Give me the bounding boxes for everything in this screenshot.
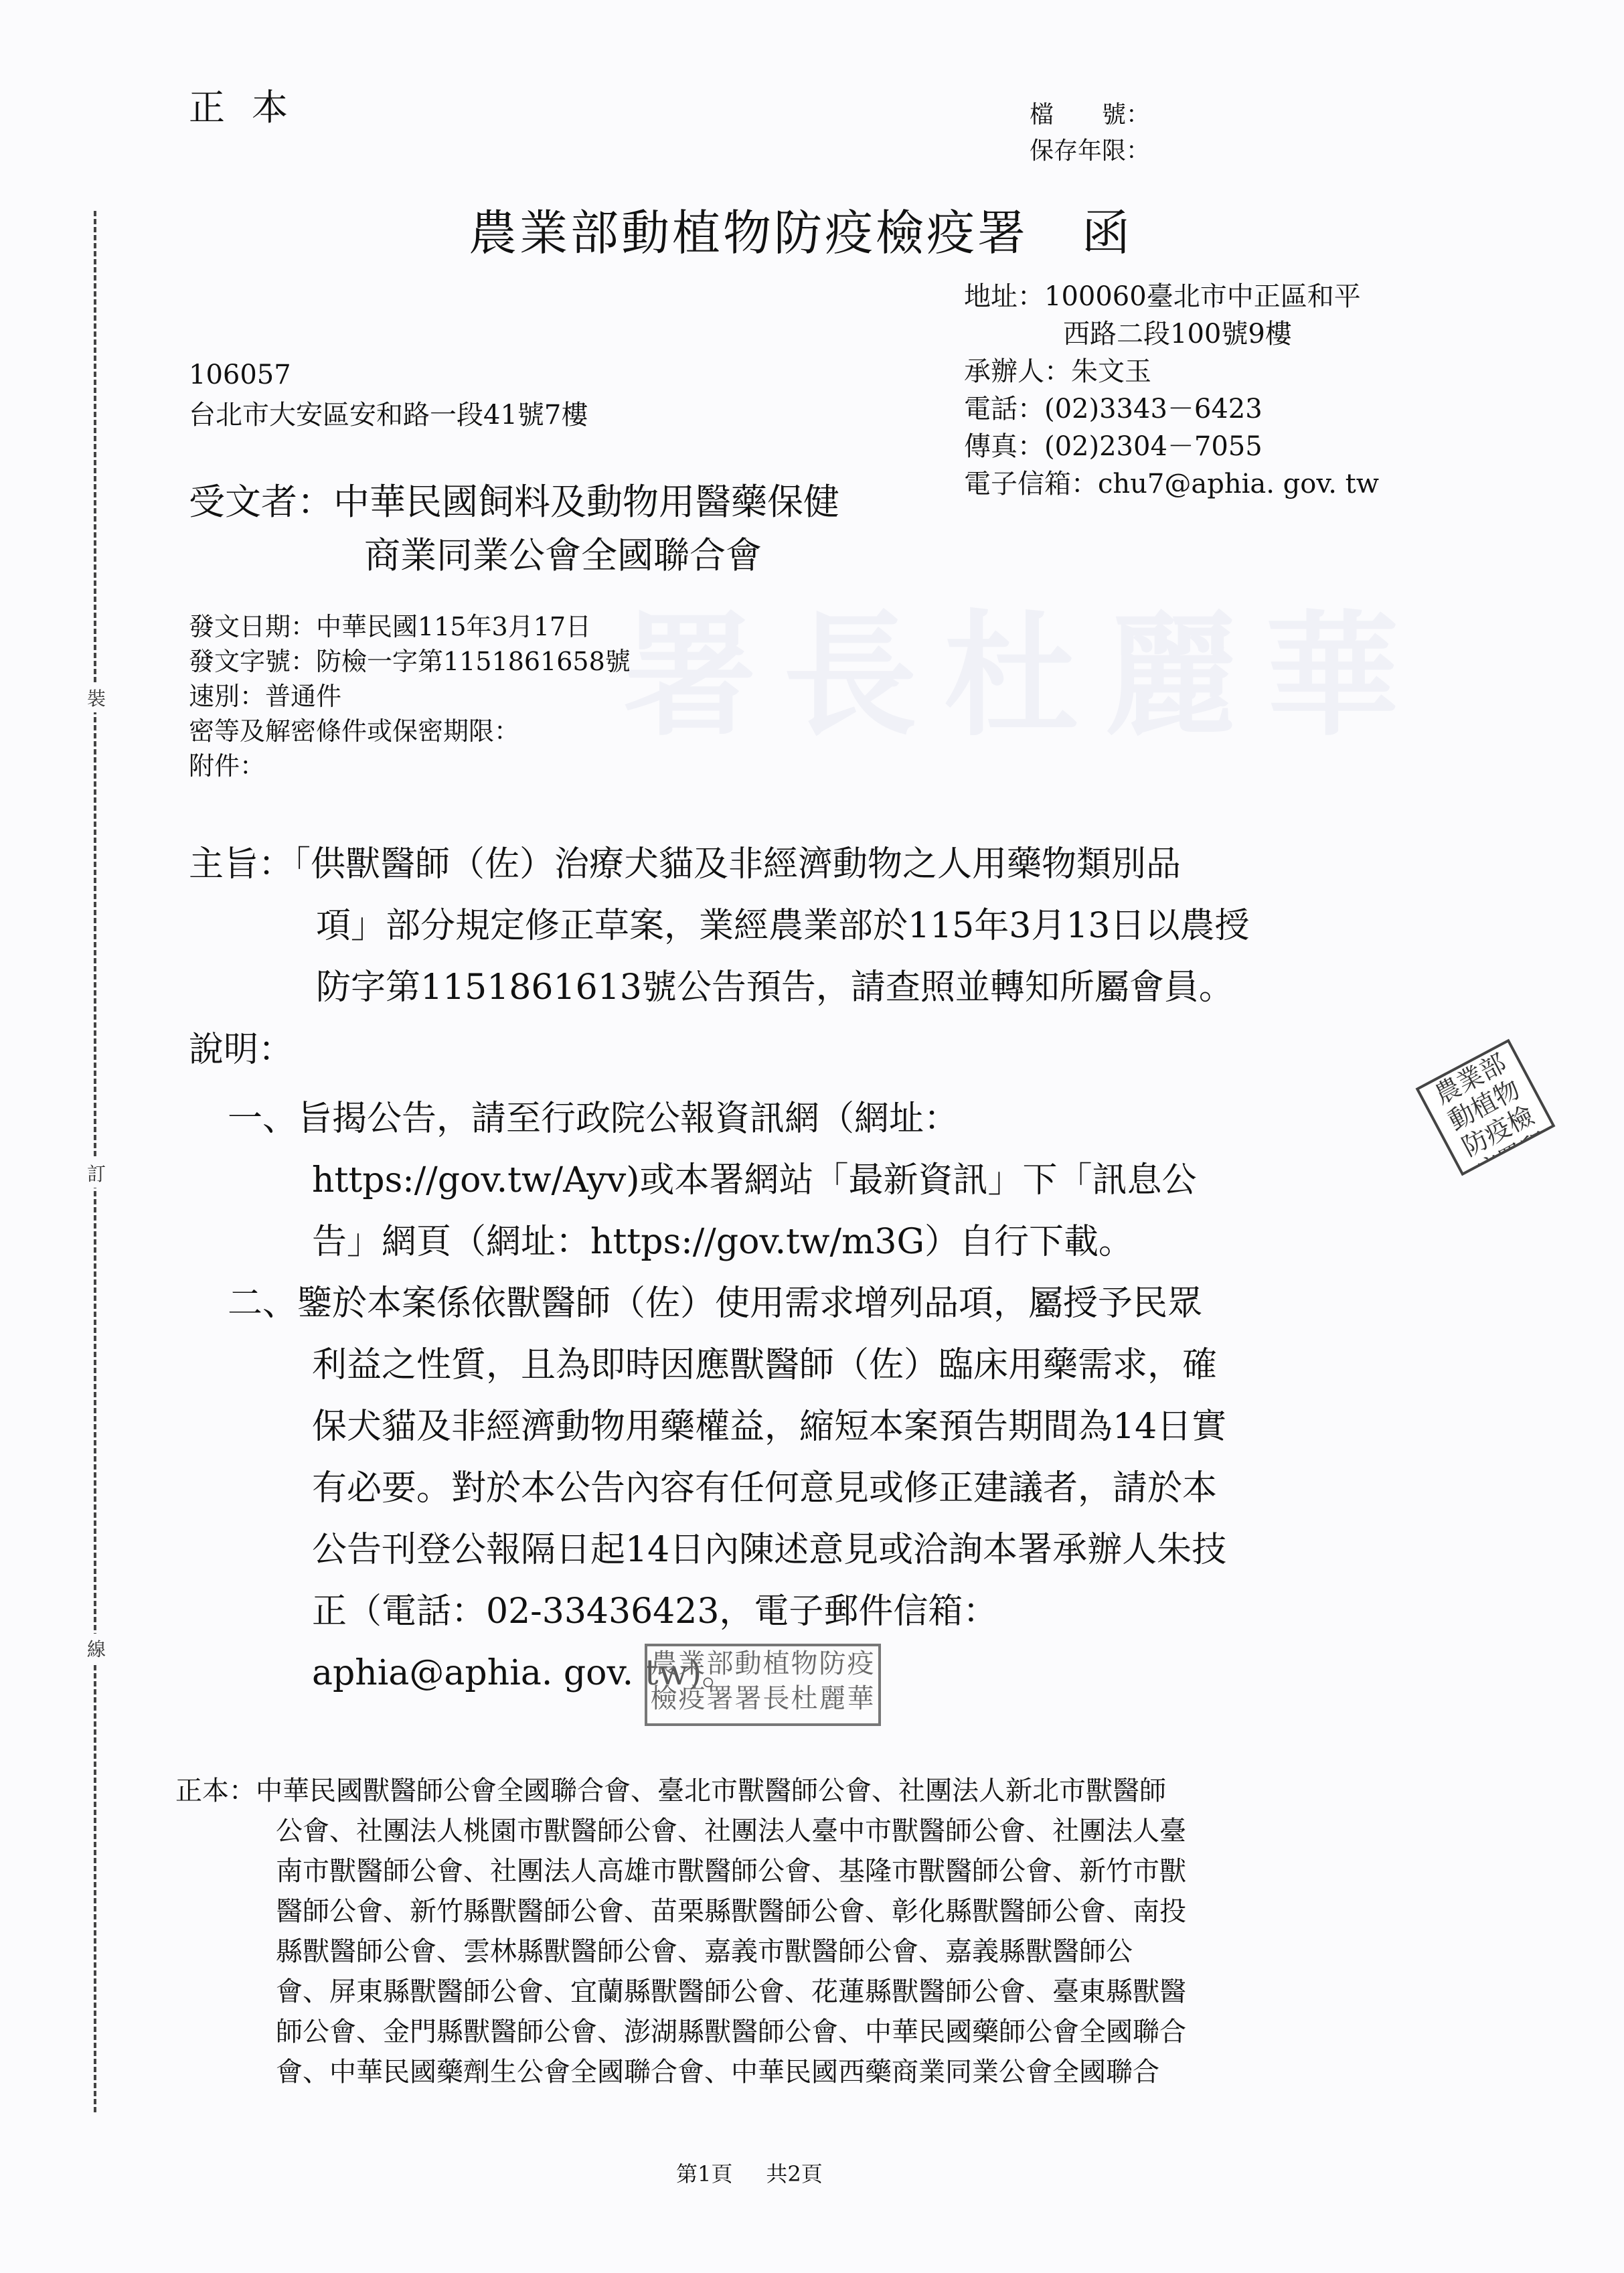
recipient-line2: 商業同業公會全國聯合會 [189,529,839,582]
agency-seal: 農業部動植物防疫檢疫署印 [1416,1039,1556,1176]
subject-line2: 項」部分規定修正草案，業經農業部於115年3月13日以農授 [189,895,1250,957]
subject-line3: 防字第1151861613號公告預告，請查照並轉知所屬會員。 [189,957,1250,1018]
phone: 電話：(02)3343－6423 [964,390,1379,428]
handler: 承辦人：朱文玉 [964,353,1379,390]
binding-mark-ding: 訂 [87,1158,106,1188]
binding-mark-xian: 線 [87,1634,106,1663]
copy-mark: 正本 [189,79,315,131]
recipient-line1: 中華民國飼料及動物用醫藥保健 [333,481,839,523]
explanation-line: 有必要。對於本公告內容有任何意見或修正建議者，請於本 [228,1458,1226,1519]
explanation-line: https://gov.tw/Ayv)或本署網站「最新資訊」下「訊息公 [228,1150,1226,1211]
background-watermark: 署長杜麗華 [623,569,1426,761]
attachments: 附件： [189,749,631,783]
explanation-line: 利益之性質，且為即時因應獸醫師（佐）臨床用藥需求，確 [228,1334,1226,1396]
street-address: 台北市大安區安和路一段41號7樓 [189,395,588,435]
address-label: 地址： [964,281,1044,312]
recipient-address: 106057 台北市大安區安和路一段41號7樓 [189,355,588,435]
retention-period: 保存年限： [1030,133,1150,169]
email: 電子信箱：chu7@aphia. gov. tw [964,465,1379,503]
subject-section: 主旨：「供獸醫師（佐）治療犬貓及非經濟動物之人用藥物類別品 項」部分規定修正草案… [189,834,1250,1018]
page-number: 第1頁 [676,2161,732,2187]
explanation-line: 一、旨揭公告，請至行政院公報資訊網（網址： [228,1088,1226,1150]
cc-line: 南市獸醫師公會、社團法人高雄市獸醫師公會、基隆市獸醫師公會、新竹市獸 [175,1851,1186,1891]
file-number: 檔 號： [1030,97,1150,133]
recipient: 受文者：中華民國飼料及動物用醫藥保健 商業同業公會全國聯合會 [189,475,839,582]
document-number: 發文字號：防檢一字第1151861658號 [189,644,631,679]
cc-line: 會、中華民國藥劑生公會全國聯合會、中華民國西藥商業同業公會全國聯合 [175,2052,1186,2092]
security-level: 密等及解密條件或保密期限： [189,714,631,749]
cc-label: 正本： [175,1776,256,1806]
explanation-line: 告」網頁（網址：https://gov.tw/m3G）自行下載。 [228,1211,1226,1273]
issue-date: 發文日期：中華民國115年3月17日 [189,609,631,644]
postal-code: 106057 [189,355,588,395]
subject-line1: 「供獸醫師（佐）治療犬貓及非經濟動物之人用藥物類別品 [293,844,1181,884]
cc-line: 師公會、金門縣獸醫師公會、澎湖縣獸醫師公會、中華民國藥師公會全國聯合 [175,2012,1186,2052]
subject-label: 主旨： [189,844,293,884]
page-total: 共2頁 [766,2161,822,2187]
explanation-line: 正（電話：02-33436423，電子郵件信箱： [228,1581,1226,1642]
file-meta: 檔 號： 保存年限： [1030,97,1150,169]
sender-info: 地址：100060臺北市中正區和平 西路二段100號9樓 承辦人：朱文玉 電話：… [964,278,1379,503]
cc-line: 公會、社團法人桃園市獸醫師公會、社團法人臺中市獸醫師公會、社團法人臺 [175,1811,1186,1851]
director-seal: 農業部動植物防疫 檢疫署署長杜麗華 [645,1644,881,1726]
page-footer: 第1頁共2頁 [676,2157,823,2188]
delivery-speed: 速別：普通件 [189,679,631,714]
cc-line: 中華民國獸醫師公會全國聯合會、臺北市獸醫師公會、社團法人新北市獸醫師 [256,1776,1166,1806]
agency-name: 農業部動植物防疫檢疫署 [469,205,1028,261]
cc-line: 醫師公會、新竹縣獸醫師公會、苗栗縣獸醫師公會、彰化縣獸醫師公會、南投 [175,1891,1186,1932]
explanation-line: 二、鑒於本案係依獸醫師（佐）使用需求增列品項，屬授予民眾 [228,1273,1226,1334]
seal-text: 檢疫署署長杜麗華 [647,1681,878,1716]
document-meta: 發文日期：中華民國115年3月17日 發文字號：防檢一字第1151861658號… [189,609,631,783]
explanation-line: 保犬貓及非經濟動物用藥權益，縮短本案預告期間為14日實 [228,1396,1226,1458]
document-type: 函 [1082,205,1133,261]
explanation-label: 說明： [189,1021,293,1071]
address-line2: 西路二段100號9樓 [964,315,1379,353]
explanation-section: 一、旨揭公告，請至行政院公報資訊網（網址： https://gov.tw/Ayv… [228,1088,1226,1704]
recipient-label: 受文者： [189,481,333,523]
explanation-line: 公告刊登公報隔日起14日內陳述意見或洽詢本署承辦人朱技 [228,1519,1226,1581]
address-line1: 100060臺北市中正區和平 [1044,281,1361,312]
fax: 傳真：(02)2304－7055 [964,428,1379,465]
page-title: 農業部動植物防疫檢疫署函 [469,194,1133,264]
seal-text: 農業部動植物防疫 [647,1646,878,1681]
binding-mark-zhuang: 裝 [87,683,106,712]
explanation-item-1: 一、旨揭公告，請至行政院公報資訊網（網址： https://gov.tw/Ayv… [228,1088,1226,1273]
cc-line: 會、屏東縣獸醫師公會、宜蘭縣獸醫師公會、花蓮縣獸醫師公會、臺東縣獸醫 [175,1972,1186,2012]
explanation-item-2: 二、鑒於本案係依獸醫師（佐）使用需求增列品項，屬授予民眾 利益之性質，且為即時因… [228,1273,1226,1704]
cc-line: 縣獸醫師公會、雲林縣獸醫師公會、嘉義市獸醫師公會、嘉義縣獸醫師公 [175,1932,1186,1972]
carbon-copy-section: 正本：中華民國獸醫師公會全國聯合會、臺北市獸醫師公會、社團法人新北市獸醫師 公會… [175,1771,1186,2092]
